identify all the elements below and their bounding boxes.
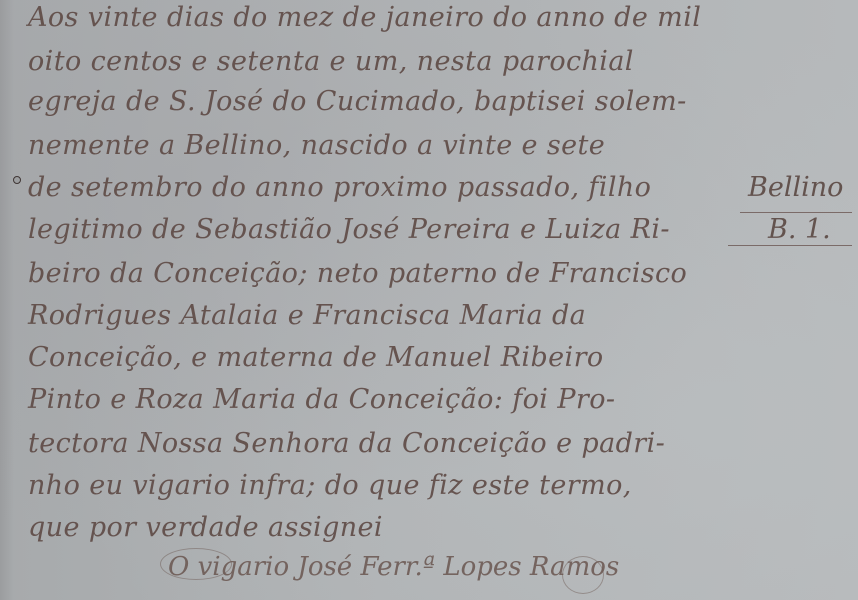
record-line-3: egreja de S. José do Cucimado, baptisei … <box>28 86 687 117</box>
record-line-8: Rodrigues Atalaia e Francisca Maria da <box>28 300 586 331</box>
record-line-2: oito centos e setenta e um, nesta paroch… <box>28 46 634 77</box>
margin-rule-top <box>740 212 852 213</box>
record-line-1: Aos vinte dias do mez de janeiro do anno… <box>28 2 701 33</box>
record-line-4: nemente a Bellino, nascido a vinte e set… <box>28 130 605 161</box>
record-line-11: tectora Nossa Senhora da Conceição e pad… <box>28 428 665 459</box>
document-page: Aos vinte dias do mez de janeiro do anno… <box>0 0 858 600</box>
record-line-5: de setembro do anno proximo passado, fil… <box>28 172 651 203</box>
margin-rule-bottom <box>728 245 852 246</box>
record-line-13: que por verdade assignei <box>28 512 383 543</box>
margin-note-name: Bellino <box>748 172 843 203</box>
record-line-6: legitimo de Sebastião José Pereira e Lui… <box>28 214 670 245</box>
record-line-7: beiro da Conceição; neto paterno de Fran… <box>28 258 687 289</box>
margin-note-reference: B. 1. <box>768 214 831 245</box>
page-edge-shadow <box>0 0 14 600</box>
record-line-12: nho eu vigario infra; do que fiz este te… <box>28 470 632 501</box>
record-line-9: Conceição, e materna de Manuel Ribeiro <box>28 342 604 373</box>
vicar-signature: O vigario José Ferr.ª Lopes Ramos <box>168 552 619 582</box>
binding-hole-icon <box>13 176 21 184</box>
record-line-10: Pinto e Roza Maria da Conceição: foi Pro… <box>28 384 615 415</box>
